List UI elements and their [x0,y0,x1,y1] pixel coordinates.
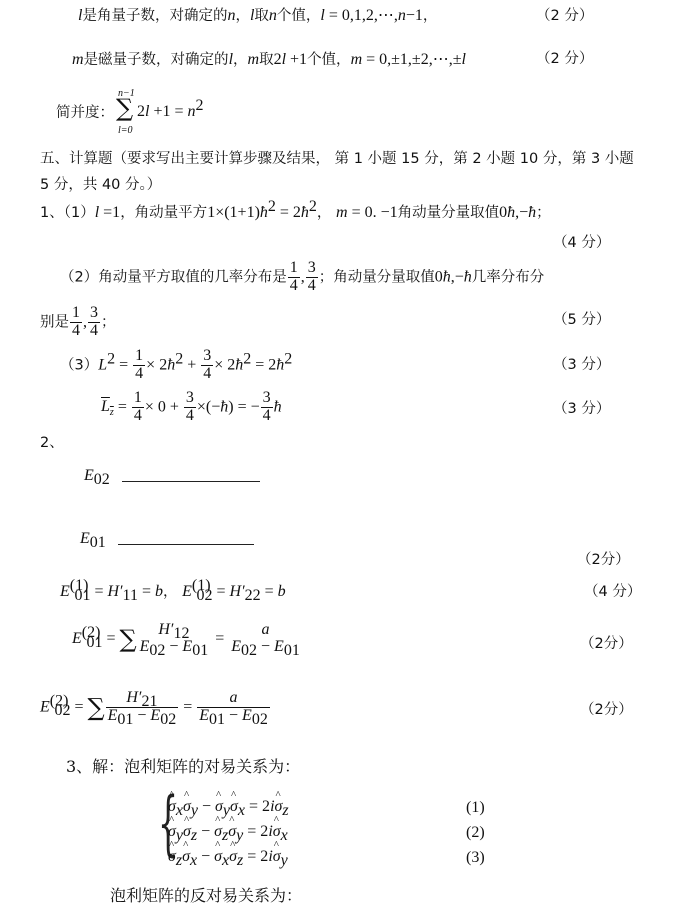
score-line-m: （2 分） [536,52,593,67]
q1-part3-eq2: Lz = 14× 0 + 34×(−ħ) = −34ħ [101,390,282,425]
q1-part2-line2: 别是14,34； [40,305,116,340]
sum-lower-limit: l=0 [118,126,133,136]
q3-equation-1-number: (1) [466,800,485,816]
level-e01-label: E01 [80,531,106,547]
section-5-title-line2: 5 分，共 40 分。） [40,178,161,193]
level-e02-line [122,481,260,482]
q2-prefix: 2、 [40,436,64,451]
degeneracy-label: 简并度： [56,106,114,121]
score-q2-second-order-2: （2分） [580,703,633,718]
section-5-title-line1: 五、计算题（要求写出主要计算步骤及结果， 第 1 小题 15 分，第 2 小题 … [40,152,634,167]
q2-second-order-2: E(2)02 = ∑H′21E01 − E02 = aE01 − E02 [40,690,271,725]
q1-part1: 1、（1）l =1，角动量平方1×(1+1)ħ2 = 2ħ2， m = 0. −… [40,205,551,221]
score-q1-part3-eq1: （3 分） [553,358,610,373]
q1-part3-eq1: （3）L2 = 14× 2ħ2 + 34× 2ħ2 = 2ħ2 [60,348,292,383]
q3-equation-3: σzσx − σxσz = 2iσy [168,849,288,865]
score-q2-first-order: （4 分） [584,585,641,600]
degeneracy-expression: 2l +1 = n2 [137,104,204,120]
q2-first-order: E(1)01 = H′11 = b， E(1)02 = H′22 = b [60,584,286,600]
q3-equation-1: σxσy − σyσx = 2iσz [168,799,289,815]
score-q2-second-order-1: （2分） [580,637,633,652]
q2-second-order-1: E(2)01 = ∑H′12E02 − E01 = aE02 − E01 [72,622,303,656]
level-e01-line [118,544,254,545]
score-q1-part1: （4 分） [553,236,610,251]
sigma-symbol: ∑ [116,96,133,120]
score-line-l: （2 分） [536,9,593,24]
line-magnetic-quantum-number: m是磁量子数，对确定的l，m取2l +1个值，m = 0,±1,±2,⋯,±l [72,52,466,68]
score-q2-levels: （2分） [577,553,630,568]
q3-intro: 3、解：泡利矩阵的对易关系为： [66,759,300,775]
q1-part2-line1: （2）角动量平方取值的几率分布是14,34；角动量分量取值0ħ,−ħ几率分布分 [60,260,544,295]
score-q1-part3-eq2: （3 分） [553,402,610,417]
line-angular-quantum-number: l是角量子数，对确定的n，l取n个值，l = 0,1,2,⋯,n−1， [78,8,437,24]
level-e02-label: E02 [84,468,110,484]
q3-anti-commutation-intro: 泡利矩阵的反对易关系为： [110,888,302,904]
score-q1-part2: （5 分） [553,313,610,328]
q3-equation-2: σyσz − σzσy = 2iσx [168,824,288,840]
q3-equation-2-number: (2) [466,825,485,841]
q3-equation-3-number: (3) [466,850,485,866]
